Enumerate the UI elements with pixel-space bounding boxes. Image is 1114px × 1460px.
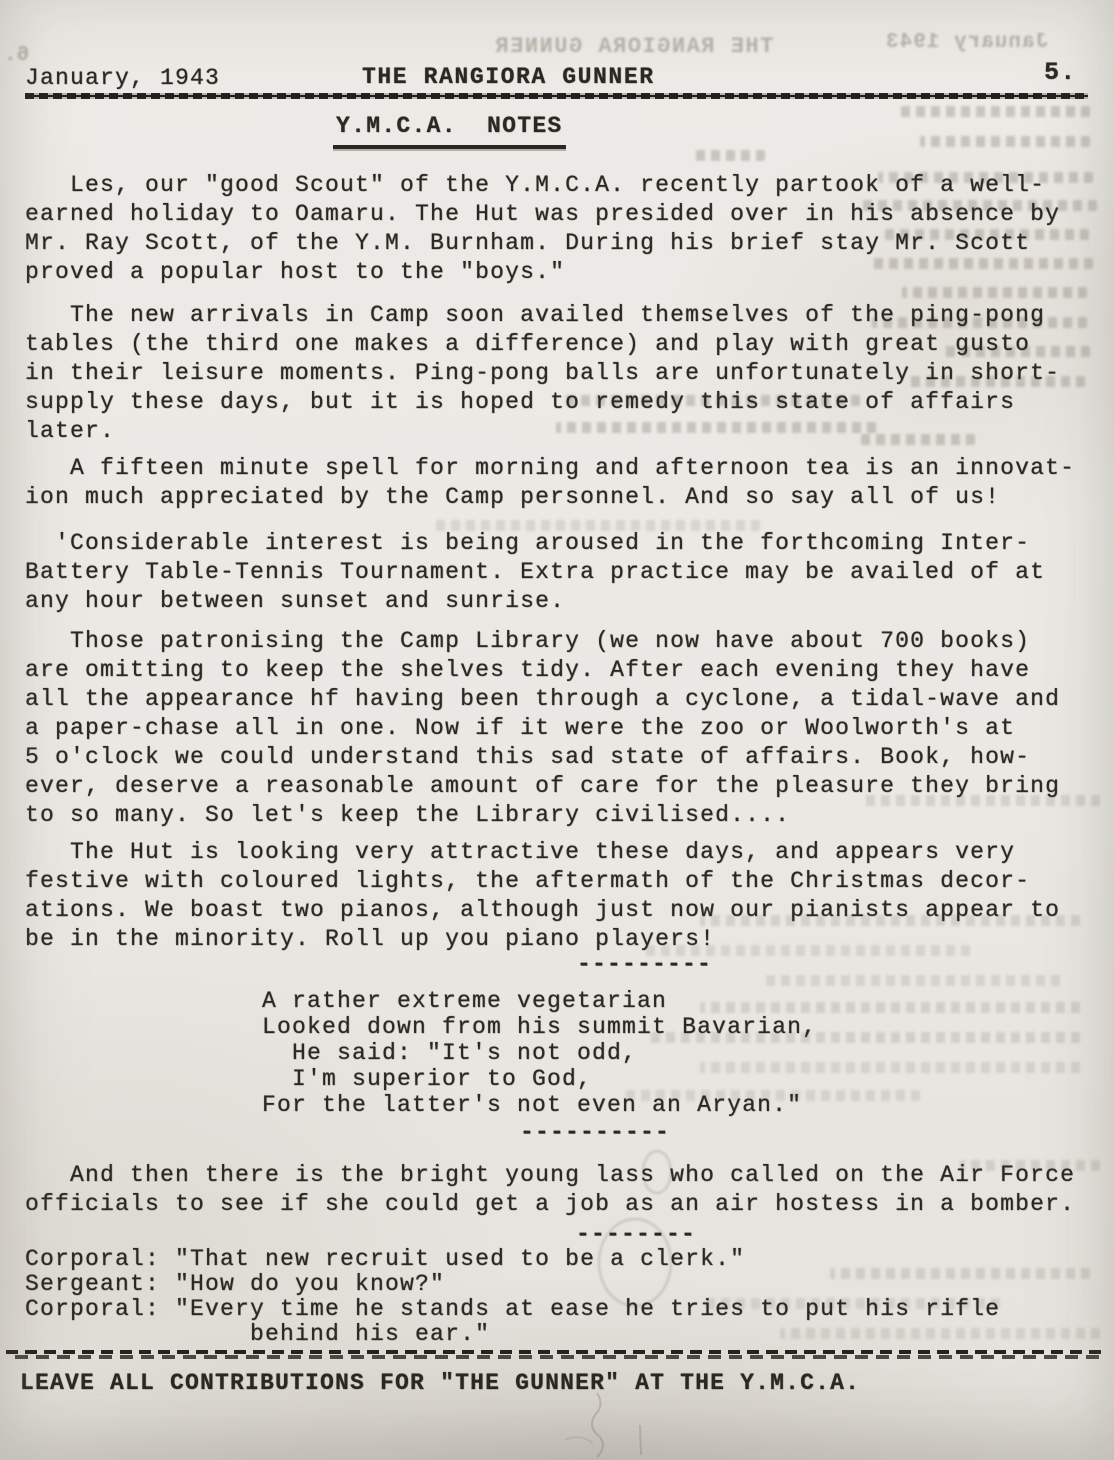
ghost-smudge — [920, 136, 1090, 147]
ghost-masthead-text: THE RANGIORA GUNNER — [494, 34, 773, 59]
paragraph-air-hostess-joke: And then there is the bright young lass … — [25, 1161, 1075, 1219]
corporal-sergeant-joke: Corporal: "That new recruit used to be a… — [25, 1247, 1000, 1347]
ghost-smudge — [760, 975, 1060, 986]
newsletter-masthead: THE RANGIORA GUNNER — [362, 63, 655, 92]
issue-date: January, 1943 — [25, 64, 220, 93]
limerick-vegetarian: A rather extreme vegetarian Looked down … — [262, 988, 817, 1118]
page-number: 5. — [1044, 58, 1076, 87]
typed-divider: --------- — [577, 950, 712, 979]
paragraph-ping-pong: The new arrivals in Camp soon availed th… — [25, 301, 1060, 446]
ghost-smudge — [900, 106, 1090, 117]
footer-rule — [6, 1349, 1104, 1359]
header-rule — [25, 93, 1088, 99]
typed-divider: ---------- — [520, 1118, 670, 1147]
paragraph-camp-library: Those patronising the Camp Library (we n… — [25, 627, 1060, 830]
typed-divider: -------- — [576, 1220, 696, 1249]
ghost-smudge — [902, 287, 1087, 298]
paragraph-ymca-holiday: Les, our "good Scout" of the Y.M.C.A. re… — [25, 171, 1060, 287]
ghost-date-text: January 1943 — [885, 31, 1048, 54]
ghost-smudge — [695, 150, 765, 161]
paragraph-tea-break: A fifteen minute spell for morning and a… — [25, 454, 1075, 512]
paragraph-table-tennis-tournament: 'Considerable interest is being aroused … — [25, 529, 1045, 616]
scanned-page: THE RANGIORA GUNNER January 1943 6. Janu… — [0, 0, 1114, 1460]
paragraph-hut-decorations: The Hut is looking very attractive these… — [25, 838, 1060, 954]
contributions-notice: LEAVE ALL CONTRIBUTIONS FOR "THE GUNNER"… — [20, 1369, 860, 1398]
article-title: Y.M.C.A. NOTES — [333, 112, 566, 149]
